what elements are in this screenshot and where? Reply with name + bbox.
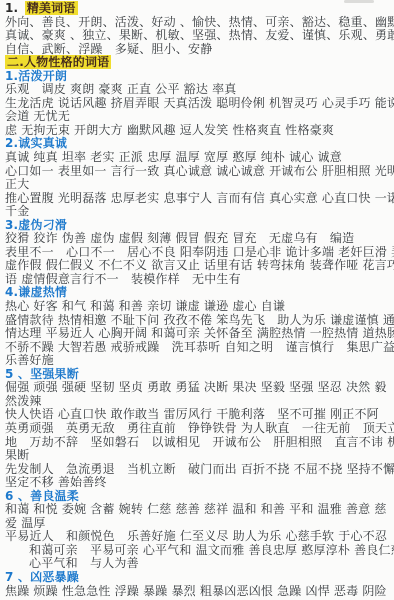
word-line: 乐善好施 (5, 354, 392, 368)
subsection-heading: 2.诚实真诚 (5, 137, 392, 151)
word-line: 不骄不躁 大智若愚 戒骄戒躁 洗耳恭听 自知之明 谨言慎行 集思广益 (5, 341, 392, 355)
word-line: 真诚 纯真 坦率 老实 正派 忠厚 温厚 宽厚 憨厚 纯朴 诚心 诚意 (5, 151, 392, 165)
word-line: 快人快语 心直口快 敢作敢当 雷厉风行 干脆利落 坚不可摧 刚正不阿 (5, 408, 392, 422)
word-line: 真诚、豪爽 、独立、果断、机敏、坚强、热情、友爱、谨慎、乐观、勇敢、 (5, 29, 392, 43)
word-line: 倔强 顽强 强硬 坚韧 坚贞 勇敢 勇猛 决断 果决 坚毅 坚强 坚忍 决然 毅 (5, 381, 392, 395)
section-heading-highlight: 1. 精美词语 (5, 2, 392, 16)
word-line: 热心 好客 和气 和蔼 和善 亲切 谦虚 谦逊 虚心 自谦 (5, 300, 392, 314)
word-line: 心平气和 与人为善 (5, 557, 392, 571)
word-line: 英勇顽强 英勇无敌 勇往直前 铮铮铁骨 为人耿直 一往无前 顶天立 (5, 422, 392, 436)
scroll-indicator (344, 0, 374, 3)
word-line: 平易近人 和颜悦色 乐善好施 仁至义尽 助人为乐 心慈手软 于心不忍 (5, 530, 392, 544)
word-line: 地 万劫不辞 坚如磐石 以诚相见 开诚布公 肝胆相照 直言不讳 机智 (5, 436, 392, 450)
subsection-heading: 4.谦虚热情 (5, 286, 392, 300)
word-line: 千金 (5, 205, 392, 219)
word-line: 心口如一 表里如一 言行一致 真心诚意 诚心诚意 开诚布公 肝胆相照 光明 (5, 165, 392, 179)
word-line: 情达理 平易近人 心胸开阔 和蔼可亲 关怀备至 满腔热情 一腔热情 道热肠 (5, 327, 392, 341)
section-heading-highlight: 二.人物性格的词语 (5, 56, 392, 70)
document-body: 1. 精美词语外向、善良、开朗、活泼、好动 、愉快、热情、可亲、豁达、稳重、幽默… (0, 0, 394, 598)
word-line: 虚作假 假仁假义 不仁不义 欲言又止 话里有话 转弯抹角 装聋作哑 花言巧 (5, 259, 392, 273)
word-line: 狡猾 狡诈 伪善 虚伪 虚假 刻薄 假冒 假充 冒充 无虚乌有 编造 (5, 232, 392, 246)
word-line: 推心置腹 光明磊落 忠厚老实 息事宁人 言而有信 真心实意 心直口快 一诺 (5, 192, 392, 206)
highlighted-title: 精美词语 (25, 1, 78, 15)
word-line: 会道 无忧无 (5, 110, 392, 124)
word-line: 正大 (5, 178, 392, 192)
highlighted-title: 二.人物性格的词语 (5, 55, 111, 69)
word-line: 焦躁 烦躁 性急急性 浮躁 暴躁 暴烈 粗暴凶恶凶恨 急躁 凶悍 恶毒 阴险 (5, 585, 392, 599)
word-line: 果断 (5, 449, 392, 463)
word-line: 和蔼 和悦 委婉 含蓄 婉转 仁慈 慈善 慈祥 温和 和善 平和 温雅 善意 慈 (5, 503, 392, 517)
section-number: 1. (5, 1, 25, 15)
word-line: 坚定不移 善始善终 (5, 476, 392, 490)
subsection-heading: 7 、凶恶暴躁 (5, 571, 392, 585)
word-line: 乐观 调皮 爽朗 豪爽 正直 公平 豁达 率真 (5, 83, 392, 97)
